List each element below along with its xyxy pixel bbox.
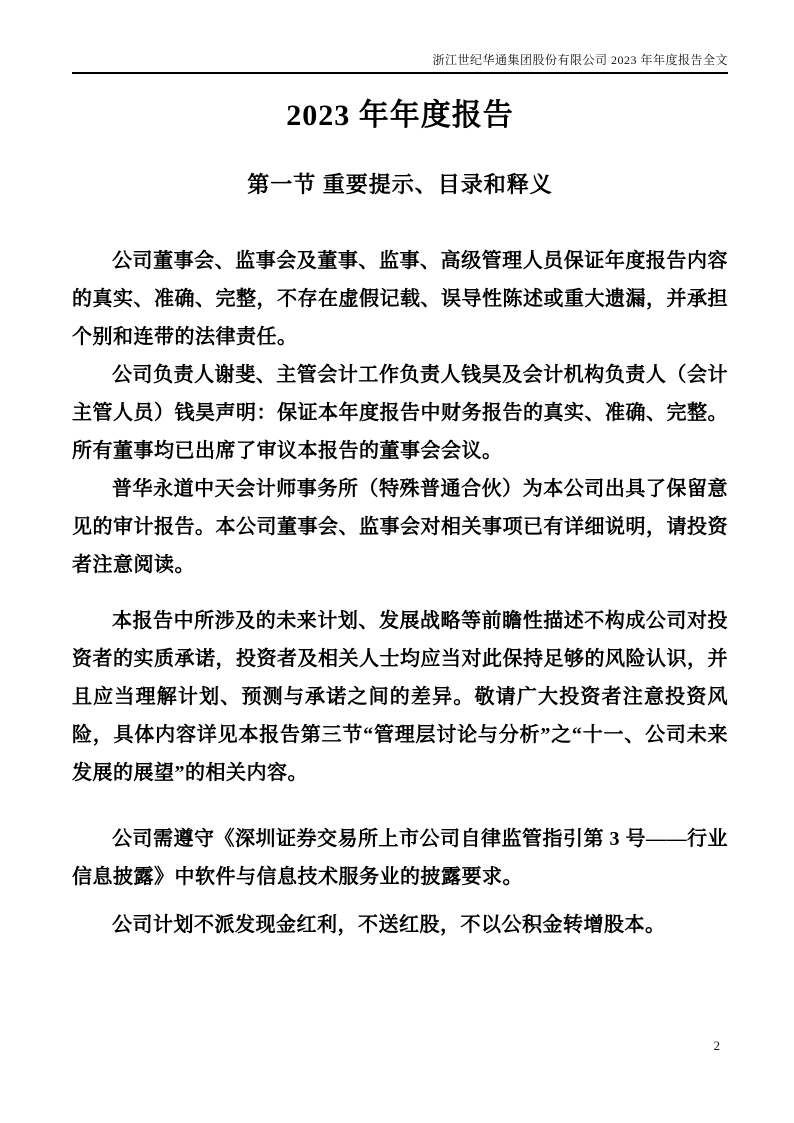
header-rule [72, 72, 728, 74]
page-number: 2 [714, 1038, 721, 1054]
paragraph-declaration: 公司负责人谢斐、主管会计工作负责人钱昊及会计机构负责人（会计主管人员）钱昊声明：… [72, 356, 728, 432]
paragraph-audit-opinion: 普华永道中天会计师事务所（特殊普通合伙）为本公司出具了保留意见的审计报告。本公司… [72, 470, 728, 584]
paragraph-responsibility: 公司董事会、监事会及董事、监事、高级管理人员保证年度报告内容的真实、准确、完整，… [72, 242, 728, 356]
document-body: 公司董事会、监事会及董事、监事、高级管理人员保证年度报告内容的真实、准确、完整，… [72, 242, 728, 944]
paragraph-attendance: 所有董事均已出席了审议本报告的董事会会议。 [72, 432, 728, 470]
section-heading: 第一节 重要提示、目录和释义 [72, 170, 728, 200]
report-title: 2023 年年度报告 [72, 96, 728, 136]
paragraph-disclosure-guideline: 公司需遵守《深圳证券交易所上市公司自律监管指引第 3 号——行业信息披露》中软件… [72, 820, 728, 896]
running-header: 浙江世纪华通集团股份有限公司 2023 年年度报告全文 [72, 52, 728, 68]
paragraph-dividend-plan: 公司计划不派发现金红利，不送红股，不以公积金转增股本。 [72, 906, 728, 944]
document-page: 浙江世纪华通集团股份有限公司 2023 年年度报告全文 2023 年年度报告 第… [0, 0, 794, 1123]
paragraph-forward-looking: 本报告中所涉及的未来计划、发展战略等前瞻性描述不构成公司对投资者的实质承诺，投资… [72, 602, 728, 792]
